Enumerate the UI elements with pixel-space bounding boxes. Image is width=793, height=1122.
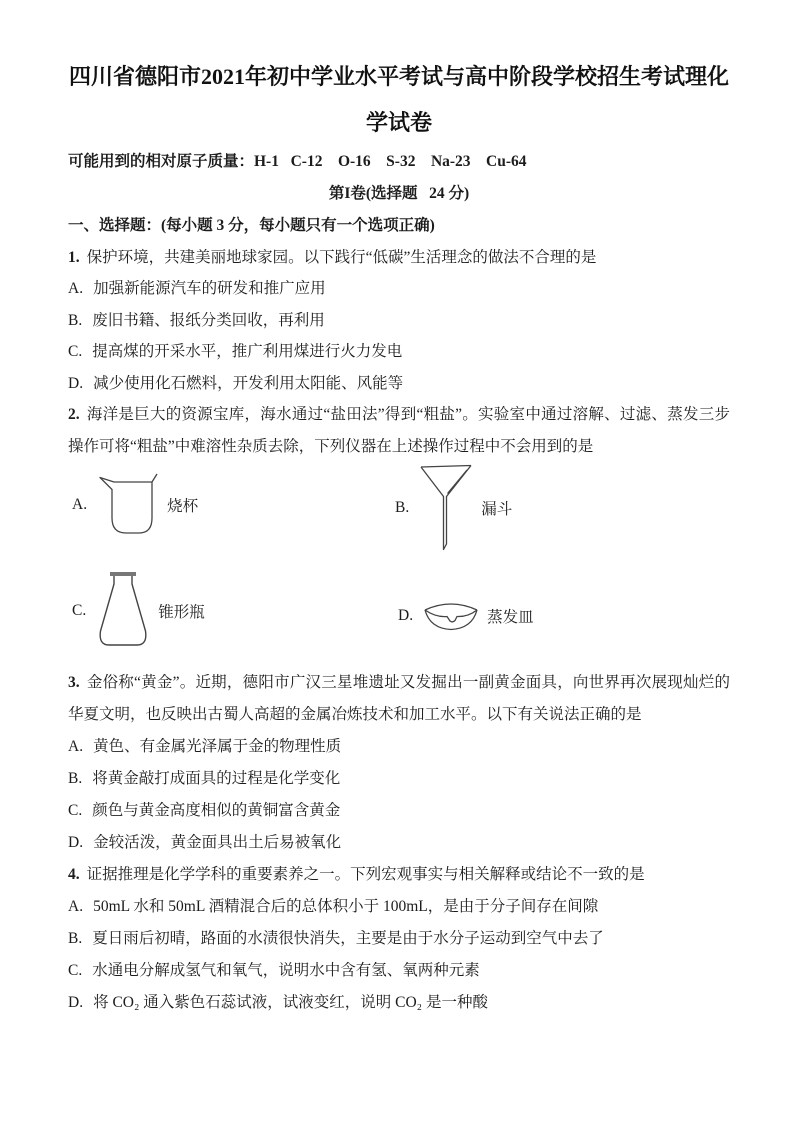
instrument-label: A.	[72, 496, 87, 514]
question-1-option-a: A.加强新能源汽车的研发和推广应用	[68, 273, 730, 305]
instrument-label: C.	[72, 602, 86, 620]
question-2-stem: 2.海洋是巨大的资源宝库，海水通过“盐田法”得到“粗盐”。实验室中通过溶解、过滤…	[68, 399, 730, 462]
question-4-option-a: A.50mL 水和 50mL 酒精混合后的总体积小于 100mL，是由于分子间存…	[68, 891, 730, 923]
instrument-row-1: A. 烧杯 B. 漏斗	[68, 463, 730, 569]
option-text: 颜色与黄金高度相似的黄铜富含黄金	[92, 802, 340, 819]
part-header: 一、选择题：(每小题 3 分，每小题只有一个选项正确)	[68, 210, 730, 242]
option-label: C.	[68, 802, 82, 819]
option-text: 减少使用化石燃料，开发利用太阳能、风能等	[93, 375, 403, 392]
question-4-stem: 4.证据推理是化学学科的重要素养之一。下列宏观事实与相关解释或结论不一致的是	[68, 859, 730, 891]
instrument-name: 锥形瓶	[158, 600, 205, 622]
question-3-option-d: D.金较活泼，黄金面具出土后易被氧化	[68, 827, 730, 859]
option-text: 将黄金敲打成面具的过程是化学变化	[92, 770, 340, 787]
instrument-label: D.	[398, 607, 413, 625]
question-3-text: 金俗称“黄金”。近期，德阳市广汉三星堆遗址又发掘出一副黄金面具，向世界再次展现灿…	[68, 674, 730, 723]
option-label: B.	[68, 312, 82, 329]
instrument-name: 蒸发皿	[487, 605, 534, 627]
option-text: 废旧书籍、报纸分类回收，再利用	[92, 312, 325, 329]
exam-paper-page: 四川省德阳市2021年初中学业水平考试与高中阶段学校招生考试理化 学试卷 可能用…	[0, 0, 793, 1122]
option-label: C.	[68, 343, 82, 360]
question-4-option-c: C.水通电分解成氢气和氧气，说明水中含有氢、氧两种元素	[68, 955, 730, 987]
option-label: C.	[68, 962, 82, 979]
question-3-option-c: C.颜色与黄金高度相似的黄铜富含黄金	[68, 795, 730, 827]
option-label: A.	[68, 280, 83, 297]
instrument-name: 烧杯	[167, 494, 198, 516]
question-4-option-d: D.将 CO₂ 通入紫色石蕊试液，试液变红，说明 CO₂ 是一种酸	[68, 987, 730, 1019]
funnel-icon	[419, 463, 473, 553]
option-text: 加强新能源汽车的研发和推广应用	[93, 280, 326, 297]
instrument-item-beaker: A. 烧杯	[72, 471, 198, 539]
question-3-option-a: A.黄色、有金属光泽属于金的物理性质	[68, 731, 730, 763]
conical-flask-icon	[96, 571, 150, 651]
section-header: 第I卷(选择题 24 分)	[68, 178, 730, 210]
option-text: 水通电分解成氢气和氧气，说明水中含有氢、氧两种元素	[92, 962, 480, 979]
question-3-stem: 3.金俗称“黄金”。近期，德阳市广汉三星堆遗址又发掘出一副黄金面具，向世界再次展…	[68, 667, 730, 731]
beaker-icon	[97, 471, 159, 539]
option-text: 金较活泼，黄金面具出土后易被氧化	[93, 834, 341, 851]
title-line-2: 学试卷	[68, 100, 730, 146]
option-label: D.	[68, 994, 83, 1011]
atomic-masses-line: 可能用到的相对原子质量：H-1 C-12 O-16 S-32 Na-23 Cu-…	[68, 146, 730, 178]
option-label: D.	[68, 375, 83, 392]
question-2-text: 海洋是巨大的资源宝库，海水通过“盐田法”得到“粗盐”。实验室中通过溶解、过滤、蒸…	[68, 406, 730, 455]
title-line-1: 四川省德阳市2021年初中学业水平考试与高中阶段学校招生考试理化	[68, 54, 730, 100]
option-label: B.	[68, 770, 82, 787]
question-4-text: 证据推理是化学学科的重要素养之一。下列宏观事实与相关解释或结论不一致的是	[87, 866, 645, 883]
instrument-row-2: C. 锥形瓶 D. 蒸发皿	[68, 569, 730, 667]
instrument-name: 漏斗	[481, 497, 512, 519]
question-1-stem: 1.保护环境，共建美丽地球家园。以下践行“低碳”生活理念的做法不合理的是	[68, 242, 730, 273]
question-1-text: 保护环境，共建美丽地球家园。以下践行“低碳”生活理念的做法不合理的是	[87, 249, 597, 266]
option-text: 50mL 水和 50mL 酒精混合后的总体积小于 100mL，是由于分子间存在间…	[93, 898, 598, 915]
question-1-option-d: D.减少使用化石燃料，开发利用太阳能、风能等	[68, 368, 730, 400]
question-1-option-b: B.废旧书籍、报纸分类回收，再利用	[68, 305, 730, 337]
instrument-item-evaporating-dish: D. 蒸发皿	[398, 599, 534, 633]
question-1-number: 1.	[68, 249, 80, 266]
instrument-item-funnel: B. 漏斗	[395, 463, 512, 553]
instrument-item-conical-flask: C. 锥形瓶	[72, 571, 205, 651]
option-label: A.	[68, 738, 83, 755]
evaporating-dish-icon	[423, 599, 479, 633]
page-title: 四川省德阳市2021年初中学业水平考试与高中阶段学校招生考试理化 学试卷	[68, 0, 730, 146]
option-text: 将 CO₂ 通入紫色石蕊试液，试液变红，说明 CO₂ 是一种酸	[93, 994, 488, 1011]
question-3-number: 3.	[68, 674, 80, 691]
question-4-option-b: B.夏日雨后初晴，路面的水渍很快消失，主要是由于水分子运动到空气中去了	[68, 923, 730, 955]
question-4-number: 4.	[68, 866, 80, 883]
option-label: B.	[68, 930, 82, 947]
option-label: D.	[68, 834, 83, 851]
instrument-label: B.	[395, 499, 409, 517]
option-text: 提高煤的开采水平，推广利用煤进行火力发电	[92, 343, 402, 360]
option-text: 黄色、有金属光泽属于金的物理性质	[93, 738, 341, 755]
question-3-option-b: B.将黄金敲打成面具的过程是化学变化	[68, 763, 730, 795]
question-2-number: 2.	[68, 406, 80, 423]
option-text: 夏日雨后初晴，路面的水渍很快消失，主要是由于水分子运动到空气中去了	[92, 930, 604, 947]
option-label: A.	[68, 898, 83, 915]
question-1-option-c: C.提高煤的开采水平，推广利用煤进行火力发电	[68, 336, 730, 368]
